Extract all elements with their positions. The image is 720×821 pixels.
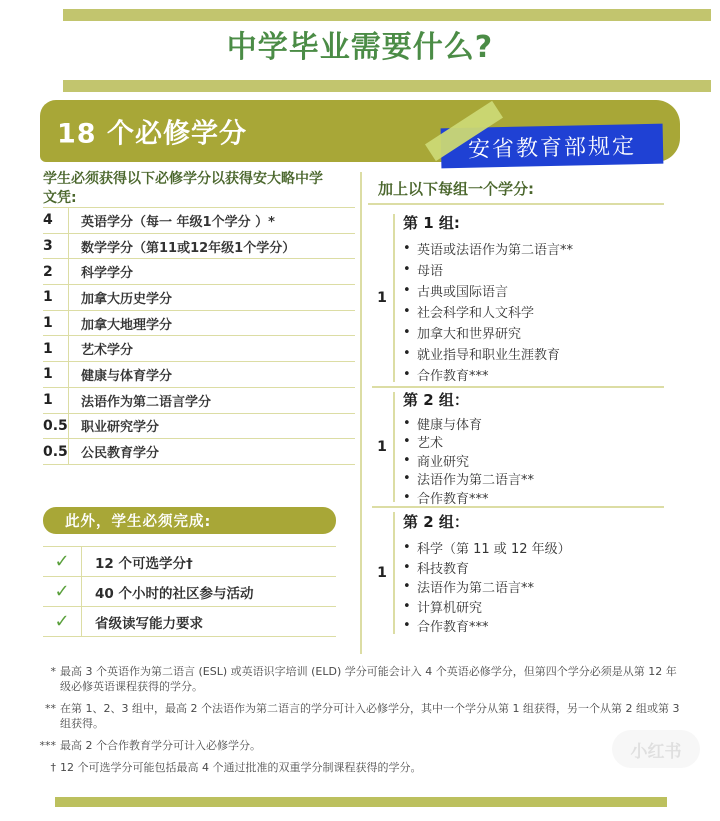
additional-requirements-table: ✓ 12 个可选学分† ✓ 40 个小时的社区参与活动 ✓ 省级读写能力要求 — [43, 546, 336, 637]
credit-label: 加拿大地理学分 — [68, 311, 355, 336]
credit-count: 4 — [43, 208, 68, 233]
footnote: *** 最高 2 个合作教育学分可计入必修学分。 — [34, 738, 686, 753]
footnote-text: 12 个可选学分可能包括最高 4 个通过批准的双重学分制课程获得的学分。 — [60, 760, 686, 775]
group-item-label: 合作教育*** — [417, 616, 489, 635]
footnotes: * 最高 3 个英语作为第二语言 (ESL) 或英语识字培训 (ELD) 学分可… — [34, 664, 686, 782]
table-row: 0.5 公民教育学分 — [43, 439, 355, 465]
group-item-label: 加拿大和世界研究 — [417, 323, 521, 342]
list-item: 合作教育*** — [403, 364, 668, 385]
credit-label: 公民教育学分 — [68, 439, 355, 464]
table-row: ✓ 省级读写能力要求 — [43, 607, 336, 637]
group-title: 第 2 组： — [403, 512, 668, 532]
credit-label: 法语作为第二语言学分 — [68, 388, 355, 413]
additional-requirements-title: 此外，学生必须完成: — [65, 510, 211, 531]
group-item-label: 英语或法语作为第二语言** — [417, 239, 573, 258]
list-item: 健康与体育 — [403, 414, 668, 433]
table-row: 1 艺术学分 — [43, 336, 355, 362]
footnote: * 最高 3 个英语作为第二语言 (ESL) 或英语识字培训 (ELD) 学分可… — [34, 664, 686, 694]
list-item: 母语 — [403, 259, 668, 280]
bullet-icon — [403, 490, 417, 505]
credit-count: 1 — [43, 388, 68, 413]
credit-group-2: 1 第 2 组： 健康与体育 艺术 商业研究 法语作为第二语言** 合作教育**… — [368, 388, 668, 506]
check-icon: ✓ — [43, 607, 81, 636]
page-title: 中学毕业需要什么? — [0, 22, 720, 66]
ministry-badge-label: 安省教育部规定 — [468, 129, 637, 164]
groups-intro: 加上以下每组一个学分: — [378, 178, 534, 199]
bullet-icon — [403, 453, 417, 468]
list-item: 合作教育*** — [403, 616, 668, 636]
group-content: 第 2 组： 健康与体育 艺术 商业研究 法语作为第二语言** 合作教育*** — [403, 388, 668, 507]
list-item: 法语作为第二语言** — [403, 470, 668, 489]
bullet-icon — [403, 367, 417, 382]
group-credit-count: 1 — [372, 565, 392, 581]
list-item: 科技教育 — [403, 558, 668, 578]
group-credit-count: 1 — [372, 439, 392, 455]
group-item-label: 法语作为第二语言** — [417, 577, 534, 596]
footnote-text: 最高 2 个合作教育学分可计入必修学分。 — [60, 738, 686, 753]
credit-count: 1 — [43, 311, 68, 336]
bullet-icon — [403, 262, 417, 277]
list-item: 商业研究 — [403, 451, 668, 470]
group-item-label: 合作教育*** — [417, 488, 489, 507]
group-content: 第 2 组： 科学（第 11 或 12 年级） 科技教育 法语作为第二语言** … — [403, 508, 668, 636]
footnote-marker: † — [34, 760, 60, 775]
group-item-label: 母语 — [417, 260, 443, 279]
footnote-marker: *** — [34, 738, 60, 753]
list-item: 就业指导和职业生涯教育 — [403, 343, 668, 364]
credit-label: 英语学分（每一 年级1个学分 ）* — [68, 208, 355, 233]
bullet-icon — [403, 304, 417, 319]
group-item-label: 科技教育 — [417, 558, 469, 577]
list-item: 艺术 — [403, 433, 668, 452]
bullet-icon — [403, 540, 417, 555]
bullet-icon — [403, 471, 417, 486]
group-divider-line — [393, 512, 395, 634]
required-credits-intro: 学生必须获得以下必修学分以获得安大略中学文凭: — [43, 170, 333, 208]
list-item: 合作教育*** — [403, 488, 668, 507]
bullet-icon — [403, 325, 417, 340]
table-row: 2 科学学分 — [43, 259, 355, 285]
credit-label: 健康与体育学分 — [68, 362, 355, 387]
footnote: ** 在第 1、2、3 组中，最高 2 个法语作为第二语言的学分可计入必修学分，… — [34, 701, 686, 731]
list-item: 英语或法语作为第二语言** — [403, 238, 668, 259]
group-item-label: 商业研究 — [417, 451, 469, 470]
groups-intro-divider — [368, 203, 664, 205]
group-title: 第 2 组： — [403, 390, 668, 410]
footnote-text: 最高 3 个英语作为第二语言 (ESL) 或英语识字培训 (ELD) 学分可能会… — [60, 664, 686, 694]
footnote: † 12 个可选学分可能包括最高 4 个通过批准的双重学分制课程获得的学分。 — [34, 760, 686, 775]
table-row: 1 健康与体育学分 — [43, 362, 355, 388]
group-item-label: 合作教育*** — [417, 365, 489, 384]
credit-count: 1 — [43, 285, 68, 310]
infographic-page: 中学毕业需要什么? 18 个必修学分 安省教育部规定 学生必须获得以下必修学分以… — [0, 0, 720, 821]
credit-count: 1 — [43, 362, 68, 387]
watermark: 小红书 — [612, 730, 700, 768]
table-row: 1 法语作为第二语言学分 — [43, 388, 355, 414]
list-item: 古典或国际语言 — [403, 280, 668, 301]
bullet-icon — [403, 599, 417, 614]
credit-label: 职业研究学分 — [68, 414, 355, 439]
group-credit-count: 1 — [372, 290, 392, 306]
table-row: ✓ 40 个小时的社区参与活动 — [43, 577, 336, 607]
list-item: 加拿大和世界研究 — [403, 322, 668, 343]
footnote-text: 在第 1、2、3 组中，最高 2 个法语作为第二语言的学分可计入必修学分，其中一… — [60, 701, 686, 731]
group-content: 第 1 组: 英语或法语作为第二语言** 母语 古典或国际语言 社会科学和人文科… — [403, 210, 668, 385]
required-credits-table: 4 英语学分（每一 年级1个学分 ）* 3 数学学分（第11或12年级1个学分）… — [43, 207, 355, 465]
group-item-label: 艺术 — [417, 432, 443, 451]
credit-label: 科学学分 — [68, 259, 355, 284]
group-item-label: 健康与体育 — [417, 414, 482, 433]
table-row: 4 英语学分（每一 年级1个学分 ）* — [43, 207, 355, 234]
bullet-icon — [403, 241, 417, 256]
credit-count: 0.5 — [43, 439, 68, 464]
top-decorative-bar-1 — [63, 9, 711, 21]
group-item-label: 计算机研究 — [417, 597, 482, 616]
requirement-label: 12 个可选学分† — [81, 547, 336, 576]
top-decorative-bar-2 — [63, 80, 711, 92]
list-item: 社会科学和人文科学 — [403, 301, 668, 322]
group-title: 第 1 组: — [403, 213, 668, 233]
bullet-icon — [403, 416, 417, 431]
additional-requirements-header-bar: 此外，学生必须完成: — [43, 507, 336, 534]
group-item-label: 就业指导和职业生涯教育 — [417, 344, 560, 363]
bullet-icon — [403, 618, 417, 633]
table-row: 1 加拿大历史学分 — [43, 285, 355, 311]
bullet-icon — [403, 560, 417, 575]
bullet-icon — [403, 346, 417, 361]
check-icon: ✓ — [43, 577, 81, 606]
table-row: 1 加拿大地理学分 — [43, 311, 355, 337]
group-divider-line — [393, 214, 395, 382]
table-row: 3 数学学分（第11或12年级1个学分） — [43, 234, 355, 260]
credit-label: 加拿大历史学分 — [68, 285, 355, 310]
bullet-icon — [403, 283, 417, 298]
group-item-label: 古典或国际语言 — [417, 281, 508, 300]
check-icon: ✓ — [43, 547, 81, 576]
credit-count: 3 — [43, 234, 68, 259]
group-item-label: 法语作为第二语言** — [417, 469, 534, 488]
credit-label: 艺术学分 — [68, 336, 355, 361]
required-credits-header-title: 18 个必修学分 — [57, 112, 247, 151]
table-row: 0.5 职业研究学分 — [43, 414, 355, 440]
credit-label: 数学学分（第11或12年级1个学分） — [68, 234, 355, 259]
group-divider-line — [393, 392, 395, 502]
requirement-label: 40 个小时的社区参与活动 — [81, 577, 336, 606]
group-item-label: 社会科学和人文科学 — [417, 302, 534, 321]
credit-count: 1 — [43, 336, 68, 361]
credit-group-1: 1 第 1 组: 英语或法语作为第二语言** 母语 古典或国际语言 社会科学和人… — [368, 210, 668, 386]
bottom-decorative-bar — [55, 797, 667, 807]
group-item-label: 科学（第 11 或 12 年级） — [417, 538, 571, 557]
list-item: 法语作为第二语言** — [403, 577, 668, 597]
requirement-label: 省级读写能力要求 — [81, 607, 336, 636]
bullet-icon — [403, 579, 417, 594]
bullet-icon — [403, 434, 417, 449]
credit-count: 0.5 — [43, 414, 68, 439]
footnote-marker: ** — [34, 701, 60, 731]
list-item: 科学（第 11 或 12 年级） — [403, 538, 668, 558]
footnote-marker: * — [34, 664, 60, 694]
credit-group-3: 1 第 2 组： 科学（第 11 或 12 年级） 科技教育 法语作为第二语言*… — [368, 508, 668, 638]
column-divider — [360, 172, 362, 654]
table-row: ✓ 12 个可选学分† — [43, 546, 336, 577]
list-item: 计算机研究 — [403, 597, 668, 617]
credit-count: 2 — [43, 259, 68, 284]
